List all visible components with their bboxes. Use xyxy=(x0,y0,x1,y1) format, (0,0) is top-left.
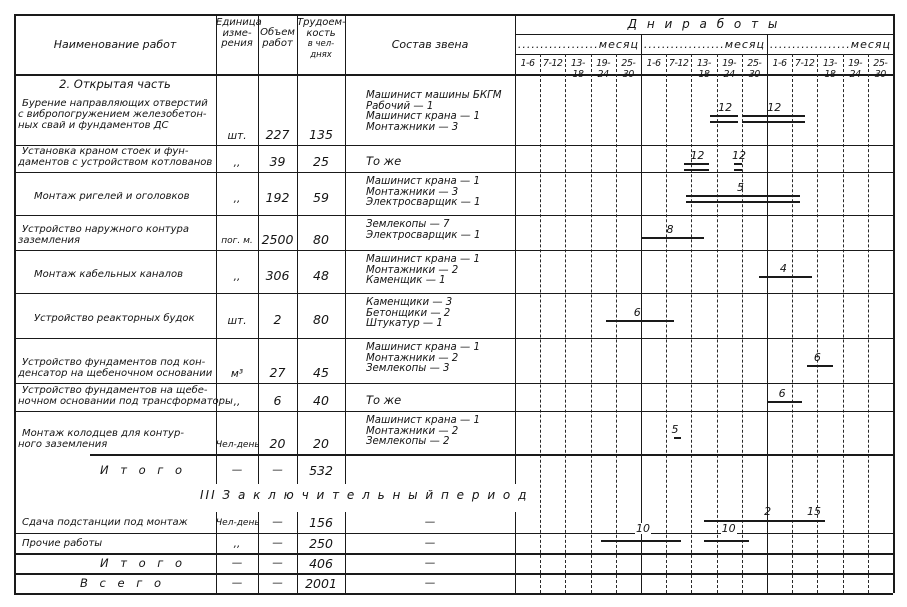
unit-cell: Чел-день xyxy=(216,440,258,451)
volume-cell: 192 xyxy=(258,192,297,203)
unit-cell: ,, xyxy=(216,158,258,169)
work-name: ночном основании под трансформаторы xyxy=(18,396,233,407)
subtotal-open-label: И т о г о xyxy=(100,465,186,476)
row-divider xyxy=(14,411,893,412)
labor-cell: 80 xyxy=(297,314,345,325)
subtotal-open-volume: — xyxy=(258,465,297,476)
work-name: Устройство наружного контура xyxy=(22,224,189,235)
row-divider xyxy=(14,338,893,339)
grand-total-volume: — xyxy=(258,578,297,589)
column-divider xyxy=(258,14,259,484)
labor-cell: 45 xyxy=(297,367,345,378)
day-range-header: 1-6 xyxy=(515,58,540,69)
crew-cell: — xyxy=(345,517,515,528)
gantt-bar xyxy=(759,276,812,278)
labor-cell: 250 xyxy=(297,538,345,549)
labor-cell: 25 xyxy=(297,156,345,167)
volume-cell: 27 xyxy=(258,367,297,378)
gantt-bar-label: 12 xyxy=(767,102,781,113)
volume-cell: 2 xyxy=(258,314,297,325)
column-divider xyxy=(297,14,298,484)
grand-total-unit: — xyxy=(216,578,258,589)
gantt-bar xyxy=(807,365,832,367)
gantt-bar-label: 8 xyxy=(667,224,674,235)
header-crew-col: Состав звена xyxy=(345,39,515,50)
gantt-bar xyxy=(686,201,799,203)
volume-cell: 227 xyxy=(258,129,297,140)
day-range-header: 25-30 xyxy=(868,58,893,80)
gantt-bar xyxy=(710,115,738,117)
gantt-bar xyxy=(734,169,742,171)
volume-cell: 39 xyxy=(258,156,297,167)
header-volume-line: работ xyxy=(258,39,297,50)
gantt-bar xyxy=(686,195,799,197)
work-name: Монтаж ригелей и оголовков xyxy=(34,191,190,202)
day-range-header: 7-12 xyxy=(666,58,691,69)
header-labor-line: Трудоем- xyxy=(297,18,345,29)
day-range-header: 19-24 xyxy=(843,58,868,80)
gantt-bar xyxy=(742,115,805,117)
header-days-title: Д н и р а б о т ы xyxy=(515,19,893,30)
volume-cell: 6 xyxy=(258,395,297,406)
work-name: денсатор на щебеночном основании xyxy=(18,368,212,379)
day-range-header: 13-18 xyxy=(565,58,590,80)
crew-member: Машинист крана — 1 xyxy=(366,111,480,122)
header-labor-line: в чел-днях xyxy=(297,39,345,60)
gantt-bar xyxy=(641,237,704,239)
unit-cell: пог. м. xyxy=(216,236,258,247)
labor-cell: 20 xyxy=(297,438,345,449)
crew-member: Монтажники — 3 xyxy=(366,187,458,198)
gantt-bar-label: 15 xyxy=(807,506,821,517)
crew-member: Монтажники — 2 xyxy=(366,426,458,437)
day-divider xyxy=(868,54,869,593)
crew-member: Машинист крана — 1 xyxy=(366,254,480,265)
labor-cell: 135 xyxy=(297,129,345,140)
day-range-header: 1-6 xyxy=(767,58,792,69)
gantt-bar xyxy=(606,320,674,322)
unit-cell: шт. xyxy=(216,316,258,327)
row-divider xyxy=(14,573,893,575)
labor-cell: 40 xyxy=(297,395,345,406)
gantt-bar-label: 5 xyxy=(737,182,744,193)
unit-cell: шт. xyxy=(216,131,258,142)
gantt-bar xyxy=(710,121,738,123)
day-divider xyxy=(666,54,667,593)
row-divider xyxy=(14,553,893,555)
work-name: с вибропогружением железобетон- xyxy=(18,109,207,120)
gantt-bar xyxy=(767,401,802,403)
crew-member: Электросварщик — 1 xyxy=(366,230,481,241)
frame-bottom xyxy=(14,593,893,595)
volume-cell: — xyxy=(258,517,297,528)
column-divider xyxy=(216,14,217,484)
day-range-header: 25-30 xyxy=(616,58,641,80)
unit-cell: ,, xyxy=(216,397,258,408)
day-range-header: 13-18 xyxy=(691,58,716,80)
crew-member: Монтажники — 3 xyxy=(366,122,458,133)
crew-member: Штукатур — 1 xyxy=(366,318,443,329)
gantt-bar-label: 2 xyxy=(764,506,771,517)
crew-member: То же xyxy=(366,156,401,167)
frame-right xyxy=(893,14,895,593)
labor-cell: 156 xyxy=(297,517,345,528)
crew-member: Электросварщик — 1 xyxy=(366,197,481,208)
subtotal-final-unit: — xyxy=(216,558,258,569)
gantt-bar-label: 12 xyxy=(732,150,746,161)
volume-cell: 2500 xyxy=(258,234,297,245)
grand-total-crew: — xyxy=(345,578,515,589)
day-range-header: 19-24 xyxy=(717,58,742,80)
day-range-header: 25-30 xyxy=(742,58,767,80)
work-name: ных свай и фундаментов ДС xyxy=(18,120,169,131)
work-name: даментов с устройством котлованов xyxy=(18,157,212,168)
column-divider xyxy=(515,512,516,593)
column-divider xyxy=(345,14,346,484)
row-divider xyxy=(14,215,893,216)
crew-member: Землекопы — 7 xyxy=(366,219,450,230)
work-name: Монтаж кабельных каналов xyxy=(34,269,183,280)
header-unit-line: рения xyxy=(216,39,258,50)
gantt-bar-label: 5 xyxy=(672,424,679,435)
day-divider xyxy=(591,54,592,593)
row-divider xyxy=(14,250,893,251)
gantt-bar-label: 10 xyxy=(721,523,737,534)
header-name-col: Наименование работ xyxy=(14,39,216,50)
header-month-3: ..................месяц xyxy=(767,39,891,50)
day-divider xyxy=(742,54,743,593)
crew-cell: — xyxy=(345,538,515,549)
work-name: Прочие работы xyxy=(22,538,102,549)
labor-cell: 48 xyxy=(297,270,345,281)
gantt-bar xyxy=(684,163,709,165)
day-divider xyxy=(565,54,566,593)
subtotal-line xyxy=(90,454,893,456)
crew-member: Машинист крана — 1 xyxy=(366,342,480,353)
crew-member: Машинист машины БКГМ xyxy=(366,90,502,101)
header-labor-line: кость xyxy=(297,29,345,40)
header-month-2: ..................месяц xyxy=(641,39,765,50)
crew-member: То же xyxy=(366,395,401,406)
unit-cell: Чел-день xyxy=(216,518,258,529)
unit-cell: ,, xyxy=(216,194,258,205)
row-divider xyxy=(14,172,893,173)
gantt-bar-label: 6 xyxy=(634,307,641,318)
gantt-bar-label: 10 xyxy=(635,523,651,534)
day-range-header: 19-24 xyxy=(591,58,616,80)
row-divider xyxy=(14,533,893,534)
labor-cell: 59 xyxy=(297,192,345,203)
gantt-bar-label: 6 xyxy=(814,352,821,363)
row-divider xyxy=(14,293,893,294)
day-divider xyxy=(540,54,541,593)
work-name: Монтаж колодцев для контур- xyxy=(22,428,184,439)
grand-total-label: В с е г о xyxy=(80,578,165,589)
gantt-bar xyxy=(674,437,682,439)
crew-member: Рабочий — 1 xyxy=(366,101,433,112)
crew-member: Монтажники — 2 xyxy=(366,265,458,276)
gantt-bar-label: 12 xyxy=(718,102,732,113)
gantt-bar-label: 12 xyxy=(690,150,704,161)
work-name: Установка краном стоек и фун- xyxy=(22,146,188,157)
crew-member: Машинист крана — 1 xyxy=(366,415,480,426)
day-divider xyxy=(792,54,793,593)
day-divider xyxy=(691,54,692,593)
month-divider xyxy=(641,34,642,593)
gantt-bar-label: 6 xyxy=(779,388,786,399)
header-volume-col: Объем работ xyxy=(258,28,297,49)
header-labor-col: Трудоем- кость в чел-днях xyxy=(297,18,345,60)
gantt-bar-label: 4 xyxy=(780,263,787,274)
gantt-bar xyxy=(704,540,749,542)
labor-cell: 80 xyxy=(297,234,345,245)
volume-cell: 306 xyxy=(258,270,297,281)
day-range-header: 7-12 xyxy=(792,58,817,69)
work-name: Устройство реакторных будок xyxy=(34,313,195,324)
subtotal-final-crew: — xyxy=(345,558,515,569)
work-name: Бурение направляющих отверстий xyxy=(22,98,208,109)
header-unit-col: Единица изме- рения xyxy=(216,18,258,50)
header-line xyxy=(515,54,893,55)
subtotal-open-labor: 532 xyxy=(297,465,345,476)
day-range-header: 1-6 xyxy=(641,58,666,69)
grand-total-labor: 2001 xyxy=(297,578,345,589)
crew-member: Землекопы — 2 xyxy=(366,436,450,447)
subtotal-final-volume: — xyxy=(258,558,297,569)
section-title-open: 2. Открытая часть xyxy=(14,79,216,90)
work-name: Устройство фундаментов на щебе- xyxy=(22,385,208,396)
subtotal-open-unit: — xyxy=(216,465,258,476)
gantt-bar xyxy=(734,163,742,165)
crew-member: Каменщик — 1 xyxy=(366,275,446,286)
work-name: заземления xyxy=(18,235,80,246)
work-name: ного заземления xyxy=(18,439,107,450)
gantt-bar xyxy=(601,540,682,542)
frame-left xyxy=(14,14,16,593)
work-name: Сдача подстанции под монтаж xyxy=(22,517,188,528)
frame-top xyxy=(14,14,893,16)
header-line xyxy=(515,34,893,35)
gantt-bar xyxy=(742,121,805,123)
header-month-1: ..................месяц xyxy=(515,39,639,50)
section-title-final: III З а к л ю ч и т е л ь н ы й п е р и … xyxy=(200,490,528,501)
header-unit-line: Единица xyxy=(216,18,258,29)
crew-member: Машинист крана — 1 xyxy=(366,176,480,187)
subtotal-final-labor: 406 xyxy=(297,558,345,569)
gantt-bar xyxy=(684,169,709,171)
volume-cell: — xyxy=(258,538,297,549)
crew-member: Бетонщики — 2 xyxy=(366,308,450,319)
day-divider xyxy=(717,54,718,593)
column-divider xyxy=(515,14,516,484)
day-range-header: 13-18 xyxy=(817,58,842,80)
volume-cell: 20 xyxy=(258,438,297,449)
crew-member: Монтажники — 2 xyxy=(366,353,458,364)
subtotal-final-label: И т о г о xyxy=(100,558,186,569)
unit-cell: м³ xyxy=(216,369,258,380)
day-range-header: 7-12 xyxy=(540,58,565,69)
day-divider xyxy=(843,54,844,593)
crew-member: Землекопы — 3 xyxy=(366,363,450,374)
crew-member: Каменщики — 3 xyxy=(366,297,452,308)
day-divider xyxy=(616,54,617,593)
unit-cell: ,, xyxy=(216,539,258,550)
unit-cell: ,, xyxy=(216,272,258,283)
header-volume-line: Объем xyxy=(258,28,297,39)
work-name: Устройство фундаментов под кон- xyxy=(22,357,205,368)
